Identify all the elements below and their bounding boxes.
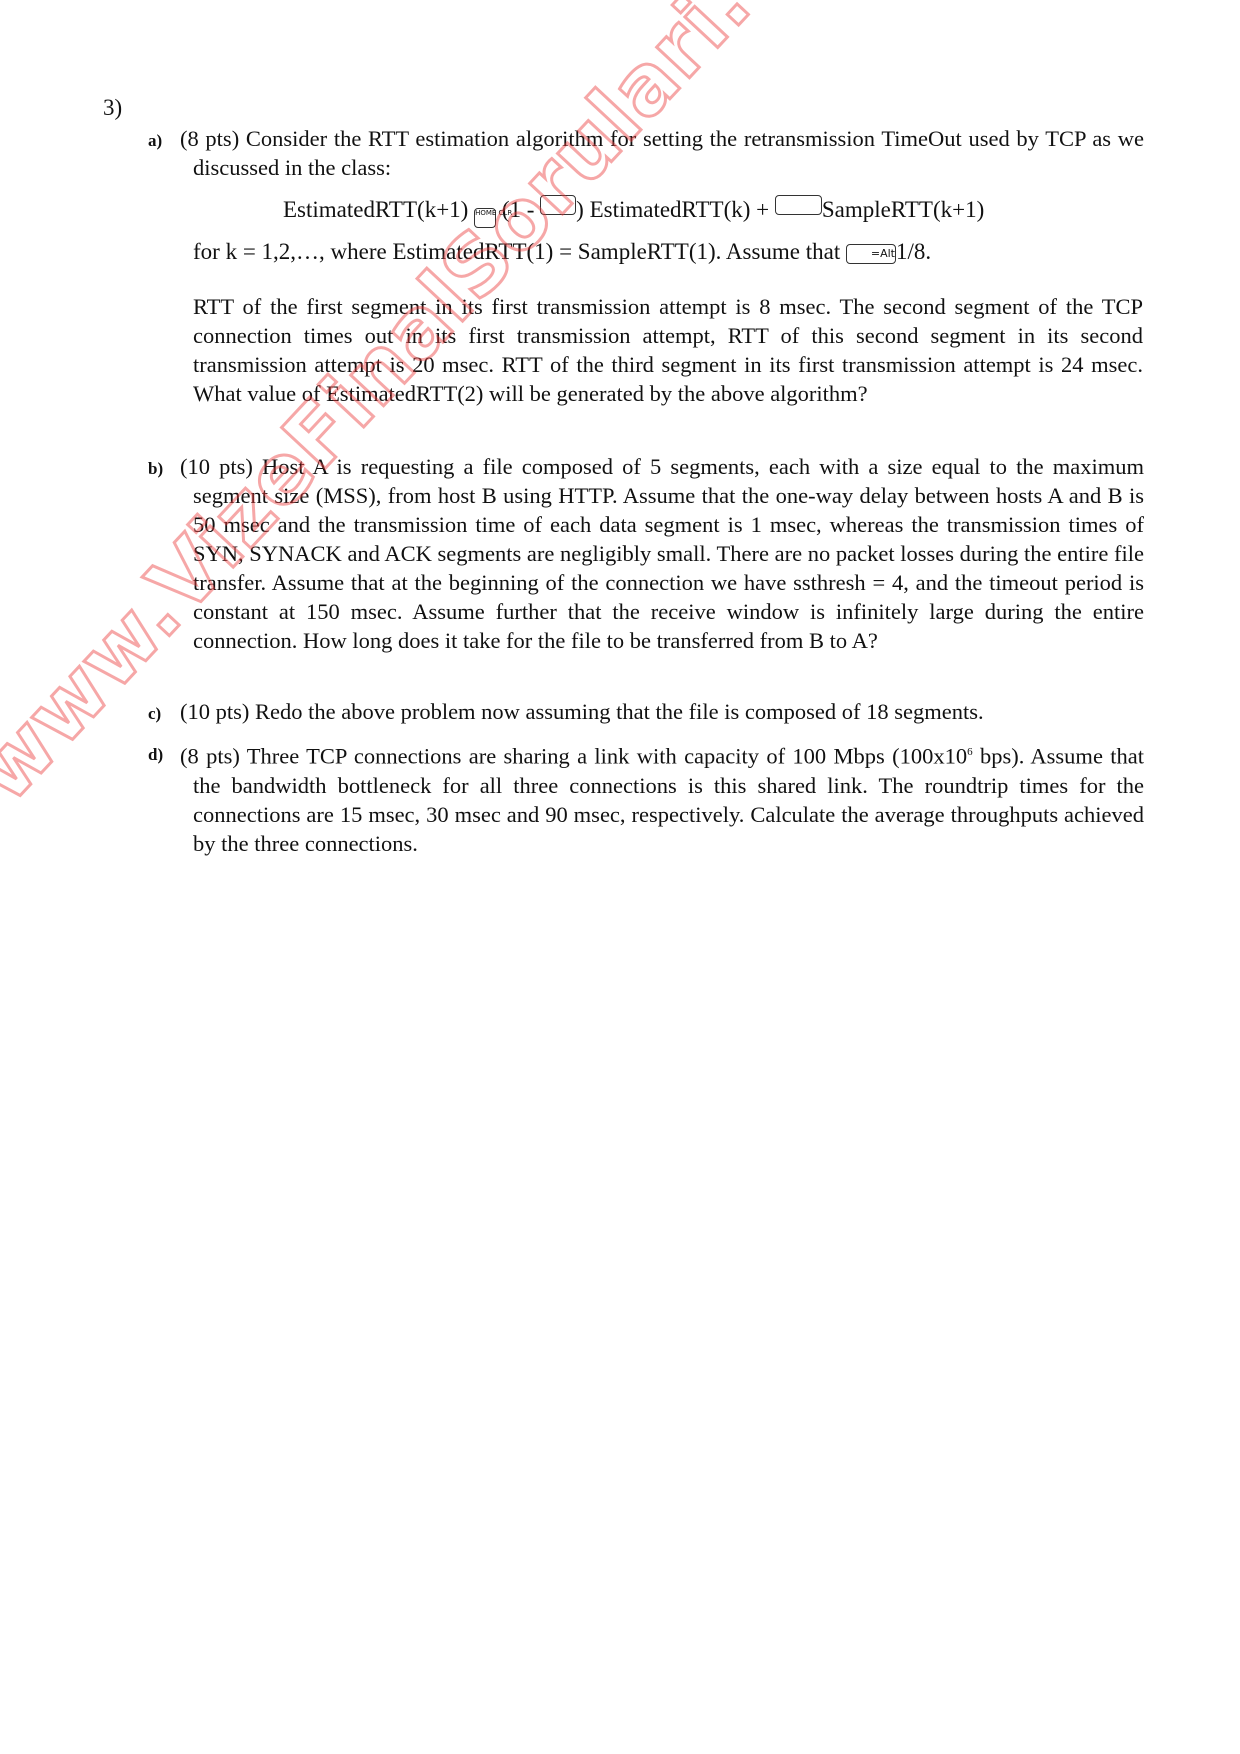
part-b-label: b) bbox=[148, 454, 163, 483]
part-b: b) (10 pts) Host A is requesting a file … bbox=[148, 452, 1144, 655]
part-d-label: d) bbox=[148, 740, 163, 769]
part-a-intro: a) (8 pts) Consider the RTT estimation a… bbox=[148, 124, 1144, 182]
equals-glyph-icon: HOME CLR bbox=[474, 208, 496, 228]
condition-text: for k = 1,2,…, where EstimatedRTT(1) = S… bbox=[193, 239, 840, 264]
equation-term1-prefix: (1 - bbox=[502, 197, 535, 222]
equation-term2: SampleRTT(k+1) bbox=[822, 197, 984, 222]
part-d-text: (8 pts) Three TCP connections are sharin… bbox=[180, 738, 1144, 858]
part-c-label: c) bbox=[148, 699, 161, 728]
equation-term1-suffix: ) EstimatedRTT(k) + bbox=[576, 197, 769, 222]
part-a-paragraph: RTT of the first segment in its first tr… bbox=[193, 292, 1143, 408]
part-c: c) (10 pts) Redo the above problem now a… bbox=[148, 697, 1144, 726]
alpha-equals-glyph-icon: =Alt bbox=[846, 244, 896, 264]
condition-value: 1/8. bbox=[896, 239, 931, 264]
alpha-symbol-box-icon-2 bbox=[775, 195, 822, 215]
part-b-text: (10 pts) Host A is requesting a file com… bbox=[180, 452, 1144, 655]
part-d: d) (8 pts) Three TCP connections are sha… bbox=[148, 738, 1144, 858]
rtt-condition: for k = 1,2,…, where EstimatedRTT(1) = S… bbox=[193, 239, 931, 265]
question-number: 3) bbox=[103, 95, 122, 121]
exam-page: 3) a) (8 pts) Consider the RTT estimatio… bbox=[0, 0, 1240, 1754]
part-a-intro-text: (8 pts) Consider the RTT estimation algo… bbox=[180, 124, 1144, 182]
part-a-label: a) bbox=[148, 126, 162, 155]
equation-lhs: EstimatedRTT(k+1) bbox=[283, 197, 468, 222]
part-c-text: (10 pts) Redo the above problem now assu… bbox=[180, 697, 1144, 726]
part-d-text-1: (8 pts) Three TCP connections are sharin… bbox=[180, 744, 967, 769]
rtt-equation: EstimatedRTT(k+1) HOME CLR (1 - ) Estima… bbox=[283, 195, 984, 228]
alpha-symbol-box-icon bbox=[540, 195, 576, 215]
